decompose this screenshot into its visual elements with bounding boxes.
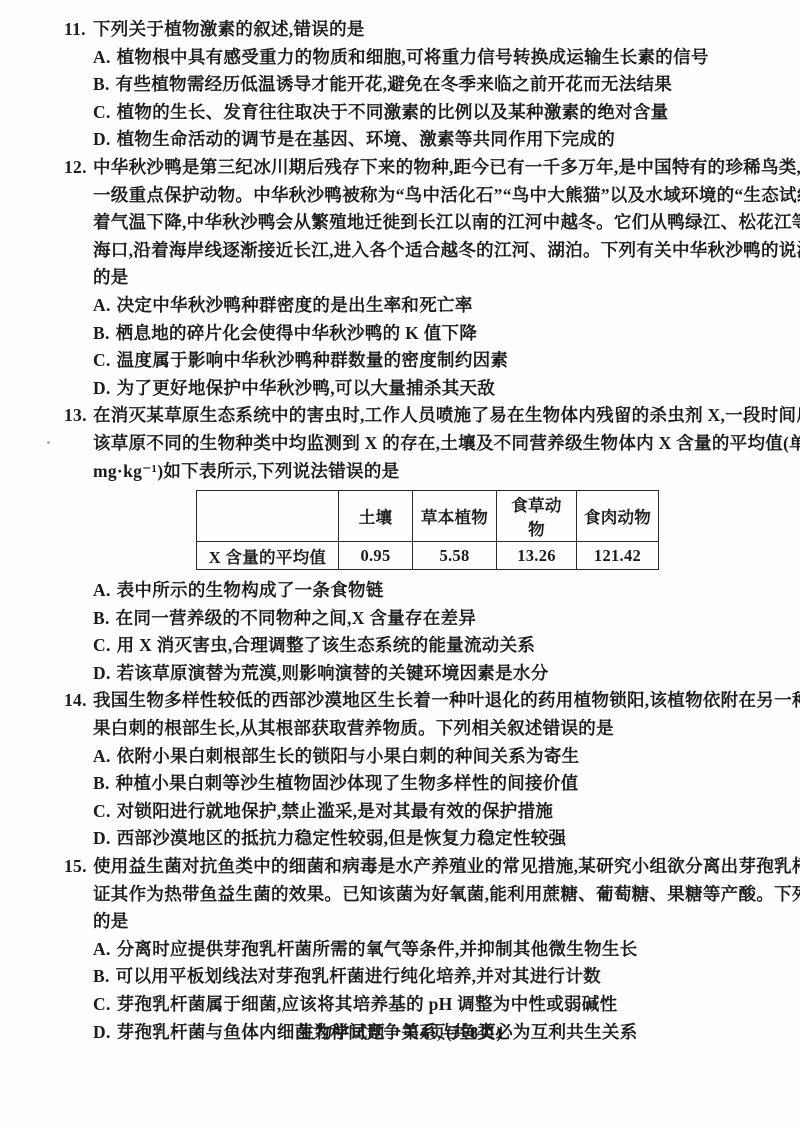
option-text: 若该草原演替为荒漠,则影响演替的关键环境因素是水分 <box>117 663 549 683</box>
option-text: 栖息地的碎片化会使得中华秋沙鸭的 K 值下降 <box>116 323 477 343</box>
question-number: 11. <box>64 16 93 44</box>
option-label: C. <box>93 994 111 1014</box>
option-text: 温度属于影响中华秋沙鸭种群数量的密度制约因素 <box>117 350 509 370</box>
question-stem-line: 证其作为热带鱼益生菌的效果。已知该菌为好氧菌,能利用蔗糖、葡萄糖、果糖等产酸。下… <box>64 881 744 909</box>
option-label: A. <box>93 47 111 67</box>
table-header-cell <box>197 491 339 542</box>
option-text: 决定中华秋沙鸭种群密度的是出生率和死亡率 <box>117 295 473 315</box>
option-label: B. <box>93 74 110 94</box>
option-label: C. <box>93 350 111 370</box>
option-d: D.植物生命活动的调节是在基因、环境、激素等共同作用下完成的 <box>64 126 744 154</box>
exam-page: 11.下列关于植物激素的叙述,错误的是 A.植物根中具有感受重力的物质和细胞,可… <box>0 0 800 1132</box>
stem-text: 的是 <box>93 267 129 287</box>
table-header-cell: 草本植物 <box>413 491 497 542</box>
option-text: 有些植物需经历低温诱导才能开花,避免在冬季来临之前开花而无法结果 <box>116 74 672 94</box>
option-c: C.对锁阳进行就地保护,禁止滥采,是对其最有效的保护措施 <box>64 798 744 826</box>
question-stem-line: 的是 <box>64 264 744 292</box>
option-b: B.可以用平板划线法对芽孢乳杆菌进行纯化培养,并对其进行计数 <box>64 963 744 991</box>
stem-text: 在消灭某草原生态系统中的害虫时,工作人员喷施了易在生物体内残留的杀虫剂 X,一段… <box>93 405 800 425</box>
option-b: B.在同一营养级的不同物种之间,X 含量存在差异 <box>64 605 744 633</box>
option-text: 对锁阳进行就地保护,禁止滥采,是对其最有效的保护措施 <box>117 801 554 821</box>
option-b: B.栖息地的碎片化会使得中华秋沙鸭的 K 值下降 <box>64 320 744 348</box>
question-12: 12.中华秋沙鸭是第三纪冰川期后残存下来的物种,距今已有一千多万年,是中国特有的… <box>64 154 744 402</box>
table-cell: 5.58 <box>413 542 497 570</box>
option-text: 西部沙漠地区的抵抗力稳定性较弱,但是恢复力稳定性较强 <box>117 828 567 848</box>
page-number: 第4页(共8页) <box>402 1023 502 1042</box>
question-number: 15. <box>64 853 93 881</box>
option-text: 用 X 消灭害虫,合理调整了该生态系统的能量流动关系 <box>117 635 536 655</box>
option-text: 依附小果白刺根部生长的锁阳与小果白刺的种间关系为寄生 <box>117 746 580 766</box>
question-stem-line: 11.下列关于植物激素的叙述,错误的是 <box>64 16 744 44</box>
option-label: D. <box>93 663 111 683</box>
question-stem-line: 着气温下降,中华秋沙鸭会从繁殖地迁徙到长江以南的江河中越冬。它们从鸭绿江、松花江… <box>64 209 744 237</box>
option-text: 为了更好地保护中华秋沙鸭,可以大量捕杀其天敌 <box>117 378 495 398</box>
option-label: C. <box>93 635 111 655</box>
option-label: D. <box>93 378 111 398</box>
stem-text: mg·kg⁻¹)如下表所示,下列说法错误的是 <box>93 461 399 481</box>
option-label: C. <box>93 102 111 122</box>
stem-text: 下列关于植物激素的叙述,错误的是 <box>93 19 365 39</box>
option-text: 在同一营养级的不同物种之间,X 含量存在差异 <box>116 608 477 628</box>
question-stem-line: 海口,沿着海岸线逐渐接近长江,进入各个适合越冬的江河、湖泊。下列有关中华秋沙鸭的… <box>64 237 744 265</box>
option-label: A. <box>93 746 111 766</box>
option-text: 分离时应提供芽孢乳杆菌所需的氧气等条件,并抑制其他微生物生长 <box>117 939 638 959</box>
option-label: B. <box>93 773 110 793</box>
x-content-table: 土壤 草本植物 食草动物 食肉动物 X 含量的平均值 0.95 5.58 13.… <box>196 490 659 570</box>
option-c: C.温度属于影响中华秋沙鸭种群数量的密度制约因素 <box>64 347 744 375</box>
question-number: 13. <box>64 402 93 430</box>
option-label: A. <box>93 939 111 959</box>
stem-text: 我国生物多样性较低的西部沙漠地区生长着一种叶退化的药用植物锁阳,该植物依附在另一… <box>93 690 800 710</box>
doc-title: 生物学试题 <box>298 1023 386 1042</box>
option-text: 可以用平板划线法对芽孢乳杆菌进行纯化培养,并对其进行计数 <box>116 966 601 986</box>
option-b: B.有些植物需经历低温诱导才能开花,避免在冬季来临之前开花而无法结果 <box>64 71 744 99</box>
question-stem-line: 13.在消灭某草原生态系统中的害虫时,工作人员喷施了易在生物体内残留的杀虫剂 X… <box>64 402 744 430</box>
question-stem-line: 果白刺的根部生长,从其根部获取营养物质。下列相关叙述错误的是 <box>64 715 744 743</box>
option-text: 植物根中具有感受重力的物质和细胞,可将重力信号转换成运输生长素的信号 <box>117 47 709 67</box>
question-stem-line: 一级重点保护动物。中华秋沙鸭被称为“鸟中活化石”“鸟中大熊猫”以及水域环境的“生… <box>64 182 744 210</box>
option-text: 植物生命活动的调节是在基因、环境、激素等共同作用下完成的 <box>117 129 615 149</box>
stem-text: 使用益生菌对抗鱼类中的细菌和病毒是水产养殖业的常见措施,某研究小组欲分离出芽孢乳… <box>93 856 800 876</box>
stem-text: 证其作为热带鱼益生菌的效果。已知该菌为好氧菌,能利用蔗糖、葡萄糖、果糖等产酸。下… <box>93 884 800 904</box>
page-footer: 生物学试题第4页(共8页) <box>0 1018 800 1043</box>
table-row-header: X 含量的平均值 <box>197 542 339 570</box>
stem-text: 该草原不同的生物种类中均监测到 X 的存在,土壤及不同营养级生物体内 X 含量的… <box>93 433 800 453</box>
table-header-cell: 食肉动物 <box>577 491 659 542</box>
option-label: D. <box>93 828 111 848</box>
option-label: C. <box>93 801 111 821</box>
table-cell: 0.95 <box>339 542 413 570</box>
option-c: C.用 X 消灭害虫,合理调整了该生态系统的能量流动关系 <box>64 632 744 660</box>
stem-text: 一级重点保护动物。中华秋沙鸭被称为“鸟中活化石”“鸟中大熊猫”以及水域环境的“生… <box>93 185 800 205</box>
option-label: B. <box>93 966 110 986</box>
stem-text: 果白刺的根部生长,从其根部获取营养物质。下列相关叙述错误的是 <box>93 718 614 738</box>
option-a: A.决定中华秋沙鸭种群密度的是出生率和死亡率 <box>64 292 744 320</box>
option-d: D.西部沙漠地区的抵抗力稳定性较弱,但是恢复力稳定性较强 <box>64 825 744 853</box>
option-c: C.芽孢乳杆菌属于细菌,应该将其培养基的 pH 调整为中性或弱碱性 <box>64 991 744 1019</box>
option-a: A.依附小果白刺根部生长的锁阳与小果白刺的种间关系为寄生 <box>64 743 744 771</box>
question-number: 14. <box>64 687 93 715</box>
option-a: A.分离时应提供芽孢乳杆菌所需的氧气等条件,并抑制其他微生物生长 <box>64 936 744 964</box>
option-label: A. <box>93 580 111 600</box>
question-13: 13.在消灭某草原生态系统中的害虫时,工作人员喷施了易在生物体内残留的杀虫剂 X… <box>64 402 744 687</box>
question-14: 14.我国生物多样性较低的西部沙漠地区生长着一种叶退化的药用植物锁阳,该植物依附… <box>64 687 744 853</box>
table-cell: 13.26 <box>497 542 577 570</box>
option-text: 表中所示的生物构成了一条食物链 <box>117 580 384 600</box>
option-d: D.若该草原演替为荒漠,则影响演替的关键环境因素是水分 <box>64 660 744 688</box>
option-text: 芽孢乳杆菌属于细菌,应该将其培养基的 pH 调整为中性或弱碱性 <box>117 994 618 1014</box>
question-stem-line: 该草原不同的生物种类中均监测到 X 的存在,土壤及不同营养级生物体内 X 含量的… <box>64 430 744 458</box>
table-cell: 121.42 <box>577 542 659 570</box>
option-b: B.种植小果白刺等沙生植物固沙体现了生物多样性的间接价值 <box>64 770 744 798</box>
table-row: X 含量的平均值 0.95 5.58 13.26 121.42 <box>197 542 659 570</box>
question-stem-line: 12.中华秋沙鸭是第三纪冰川期后残存下来的物种,距今已有一千多万年,是中国特有的… <box>64 154 744 182</box>
table-header-cell: 土壤 <box>339 491 413 542</box>
table-header-cell: 食草动物 <box>497 491 577 542</box>
question-stem-line: mg·kg⁻¹)如下表所示,下列说法错误的是 <box>64 458 744 486</box>
option-c: C.植物的生长、发育往往取决于不同激素的比例以及某种激素的绝对含量 <box>64 99 744 127</box>
stem-text: 中华秋沙鸭是第三纪冰川期后残存下来的物种,距今已有一千多万年,是中国特有的珍稀鸟… <box>93 157 800 177</box>
option-d: D.为了更好地保护中华秋沙鸭,可以大量捕杀其天敌 <box>64 375 744 403</box>
option-label: B. <box>93 608 110 628</box>
stem-text: 的是 <box>93 911 129 931</box>
table-header-row: 土壤 草本植物 食草动物 食肉动物 <box>197 491 659 542</box>
option-label: A. <box>93 295 111 315</box>
option-text: 种植小果白刺等沙生植物固沙体现了生物多样性的间接价值 <box>116 773 579 793</box>
option-label: D. <box>93 129 111 149</box>
question-stem-line: 14.我国生物多样性较低的西部沙漠地区生长着一种叶退化的药用植物锁阳,该植物依附… <box>64 687 744 715</box>
option-label: B. <box>93 323 110 343</box>
question-11: 11.下列关于植物激素的叙述,错误的是 A.植物根中具有感受重力的物质和细胞,可… <box>64 16 744 154</box>
question-number: 12. <box>64 154 93 182</box>
question-stem-line: 15.使用益生菌对抗鱼类中的细菌和病毒是水产养殖业的常见措施,某研究小组欲分离出… <box>64 853 744 881</box>
stem-text: 海口,沿着海岸线逐渐接近长江,进入各个适合越冬的江河、湖泊。下列有关中华秋沙鸭的… <box>93 240 800 260</box>
stem-text: 着气温下降,中华秋沙鸭会从繁殖地迁徙到长江以南的江河中越冬。它们从鸭绿江、松花江… <box>93 212 800 232</box>
scan-artifact-dot <box>47 441 50 444</box>
option-text: 植物的生长、发育往往取决于不同激素的比例以及某种激素的绝对含量 <box>117 102 669 122</box>
question-stem-line: 的是 <box>64 908 744 936</box>
option-a: A.植物根中具有感受重力的物质和细胞,可将重力信号转换成运输生长素的信号 <box>64 44 744 72</box>
option-a: A.表中所示的生物构成了一条食物链 <box>64 577 744 605</box>
